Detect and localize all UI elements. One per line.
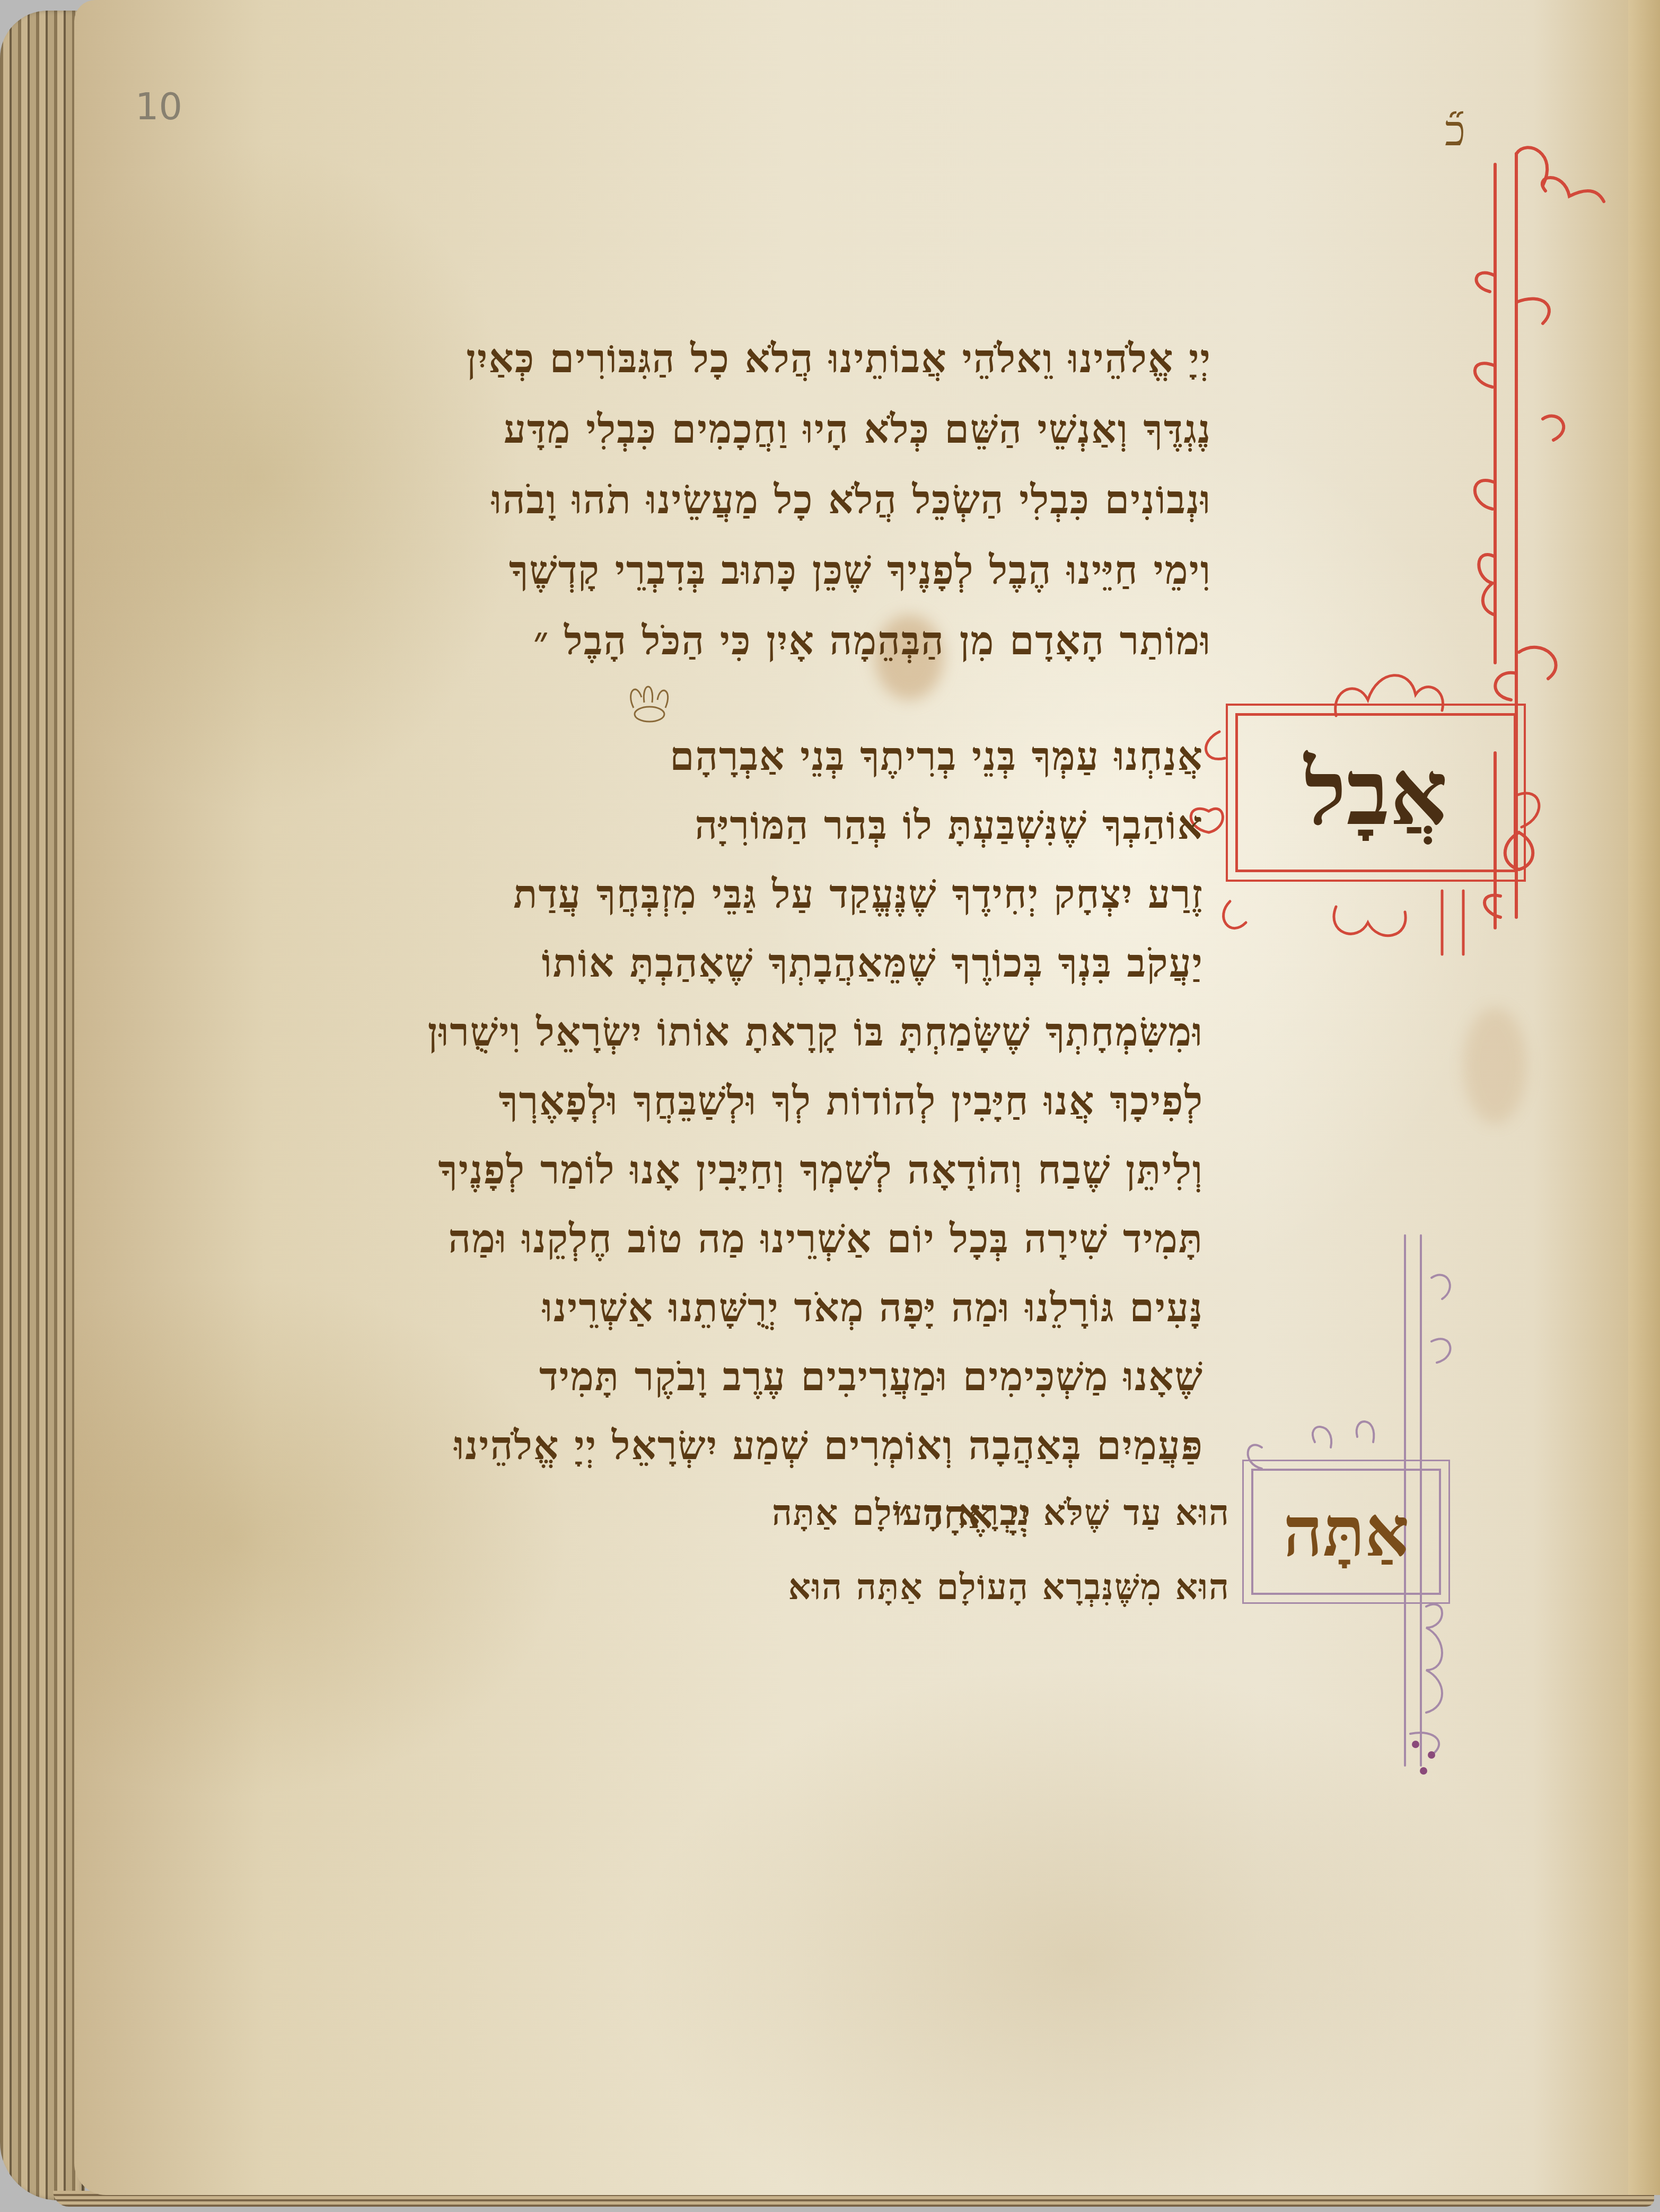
page-stack-edge	[0, 11, 85, 2200]
folio-right-edge	[1628, 0, 1660, 2195]
text-line: אֲנַחְנוּ עַמְּךָ בְּנֵי בְרִיתֶךָ בְּנֵ…	[615, 737, 1204, 806]
water-stain	[1463, 1007, 1527, 1124]
text-block-paragraph-1: יְיָ אֱלֹהֵינוּ וֵאלֹהֵי אֲבוֹתֵינוּ הֲל…	[623, 339, 1211, 692]
text-block-paragraph-2: אֲנַחְנוּ עַמְּךָ בְּנֵי בְרִיתֶךָ בְּנֵ…	[615, 737, 1204, 1564]
text-line: נָּעִים גּוֹרָלֵנוּ וּמַה יָּפָה מְאֹד י…	[615, 1288, 1204, 1357]
text-line: שֶׁאָנוּ מַשְׁכִּימִים וּמַעֲרִיבִים עֶר…	[615, 1357, 1204, 1426]
text-line: הוּא עַד שֶׁלֹּא נִבְרָא הָעוֹלָם אַתָּה	[620, 1495, 1230, 1569]
text-line: וּנְבוֹנִים כִּבְלִי הַשְׂכֵּל הֲלֹא כָל…	[623, 480, 1211, 551]
text-line: הוּא מִשֶּׁנִּבְרָא הָעוֹלָם אַתָּה הוּא	[620, 1569, 1230, 1644]
initial-word: אַתָּה	[1283, 1491, 1409, 1573]
text-line: נֶגְדֶּךָ וְאַנְשֵׁי הַשֵּׁם כְּלֹא הָיו…	[623, 410, 1211, 480]
text-line: תָּמִיד שִׁירָה בְּכָל יוֹם אַשְׁרֵינוּ …	[615, 1219, 1204, 1288]
text-line: וּמִשִּׂמְחָתְךָ שֶׁשָּׂמַחְתָּ בּוֹ קָר…	[615, 1013, 1204, 1082]
text-line: אוֹהַבְךָ שֶׁנִּשְׁבַּעְתָּ לוֹ בְּהַר ה…	[615, 806, 1204, 875]
text-line: זֶרַע יִצְחָק יְחִידֶךָ שֶׁנֶּעֱקַד עַל …	[615, 875, 1204, 944]
decorated-initial-panel-aval: אֲבָל	[1235, 713, 1516, 872]
text-line: וּמוֹתַר הָאָדָם מִן הַבְּהֵמָה אָיִן כִ…	[623, 621, 1211, 692]
initial-word: אֲבָל	[1304, 740, 1448, 846]
folio-number: 10	[135, 85, 182, 128]
text-line: לְפִיכָךְ אֲנוּ חַיָּבִין לְהוֹדוֹת לְךָ…	[615, 1082, 1204, 1151]
text-line: וִימֵי חַיֵּינוּ הֶבֶל לְפָנֶיךָ שֶׁכֵּן…	[623, 551, 1211, 621]
text-line: פַּעֲמַיִם בְּאַהֲבָה וְאוֹמְרִים שְׁמַע…	[615, 1426, 1204, 1495]
decorated-initial-panel-atah: אַתָּה	[1251, 1469, 1441, 1595]
text-block-paragraph-3: הוּא עַד שֶׁלֹּא נִבְרָא הָעוֹלָם אַתָּה…	[620, 1495, 1230, 1644]
text-line: יְיָ אֱלֹהֵינוּ וֵאלֹהֵי אֲבוֹתֵינוּ הֲל…	[623, 339, 1211, 410]
text-line: יַעֲקֹב בִּנְךָ בְּכוֹרֶךָ שֶׁמֵּאַהֲבָת…	[615, 944, 1204, 1013]
text-line: וְלִיתֵּן שֶׁבַח וְהוֹדָאָה לְשִׁמְךָ וְ…	[615, 1151, 1204, 1219]
